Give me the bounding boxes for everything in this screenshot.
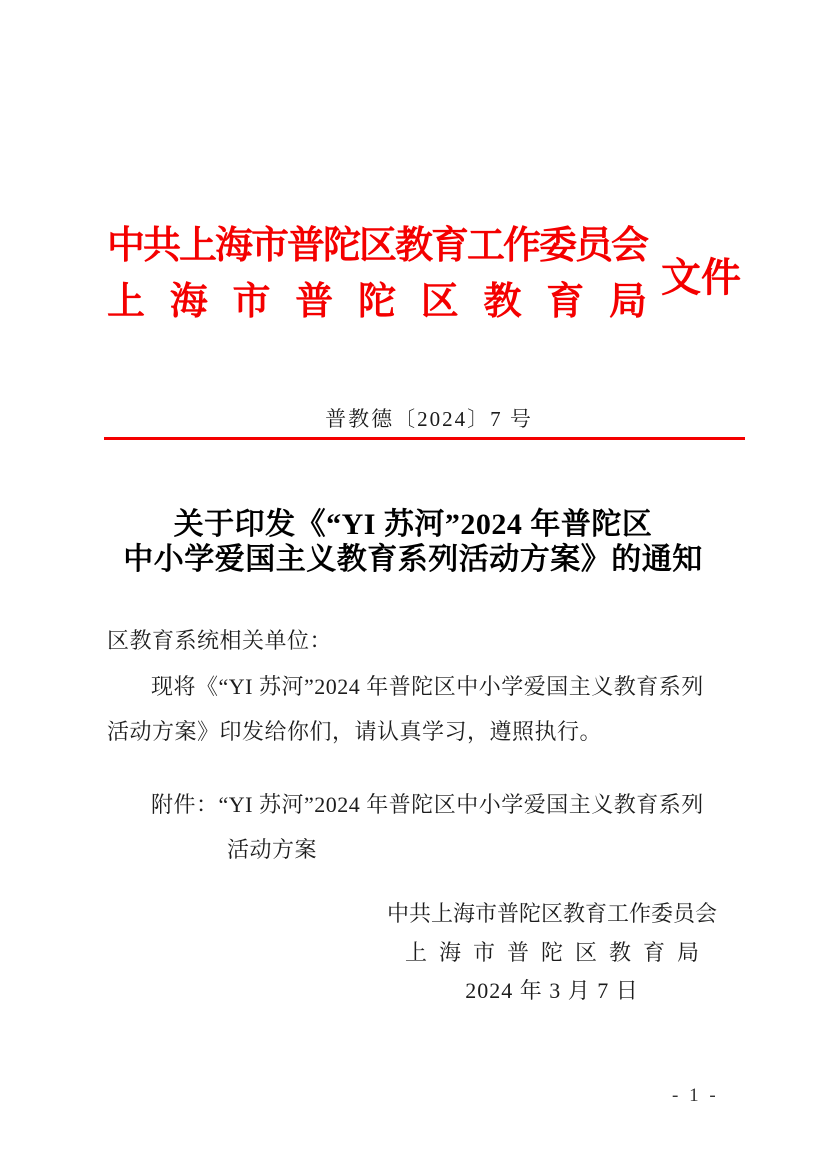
document-type-label: 文件 [661,246,741,303]
document-number: 普教德〔2024〕7 号 [16,403,826,433]
issuing-organizations: 中共上海市普陀区教育工作委员会 上 海 市 普 陀 区 教 育 局 [107,218,647,330]
org-name-bureau: 上 海 市 普 陀 区 教 育 局 [107,274,647,330]
signature-block: 中共上海市普陀区教育工作委员会 上 海 市 普 陀 区 教 育 局 2024 年… [385,895,719,1011]
document-title: 关于印发《“YI 苏河”2024 年普陀区 中小学爱国主义教育系列活动方案》的通… [0,507,826,577]
document-body: 区教育系统相关单位： 现将《“YI 苏河”2024 年普陀区中小学爱国主义教育系… [107,618,723,873]
attachment-line-2: 活动方案 [107,827,723,873]
signature-date: 2024 年 3 月 7 日 [385,972,719,1011]
signature-org-committee: 中共上海市普陀区教育工作委员会 [385,895,719,934]
body-paragraph-line-1: 现将《“YI 苏河”2024 年普陀区中小学爱国主义教育系列 [107,664,723,710]
signature-org-bureau: 上 海 市 普 陀 区 教 育 局 [405,934,699,973]
attachment-section: 附件：“YI 苏河”2024 年普陀区中小学爱国主义教育系列 活动方案 [107,782,723,873]
letterhead: 中共上海市普陀区教育工作委员会 上 海 市 普 陀 区 教 育 局 文件 [107,218,739,330]
body-paragraph-line-2: 活动方案》印发给你们，请认真学习，遵照执行。 [107,709,723,755]
red-divider-line [104,437,745,440]
official-document-page: 中共上海市普陀区教育工作委员会 上 海 市 普 陀 区 教 育 局 文件 普教德… [0,0,826,1169]
salutation: 区教育系统相关单位： [107,618,723,664]
org-name-committee: 中共上海市普陀区教育工作委员会 [107,218,647,274]
title-line-1: 关于印发《“YI 苏河”2024 年普陀区 [0,507,826,542]
attachment-label: 附件： [151,792,219,817]
attachment-title-part-1: “YI 苏河”2024 年普陀区中小学爱国主义教育系列 [219,792,704,817]
attachment-line-1: 附件：“YI 苏河”2024 年普陀区中小学爱国主义教育系列 [107,782,723,828]
title-line-2: 中小学爱国主义教育系列活动方案》的通知 [0,542,826,577]
page-number: - 1 - [672,1085,719,1107]
